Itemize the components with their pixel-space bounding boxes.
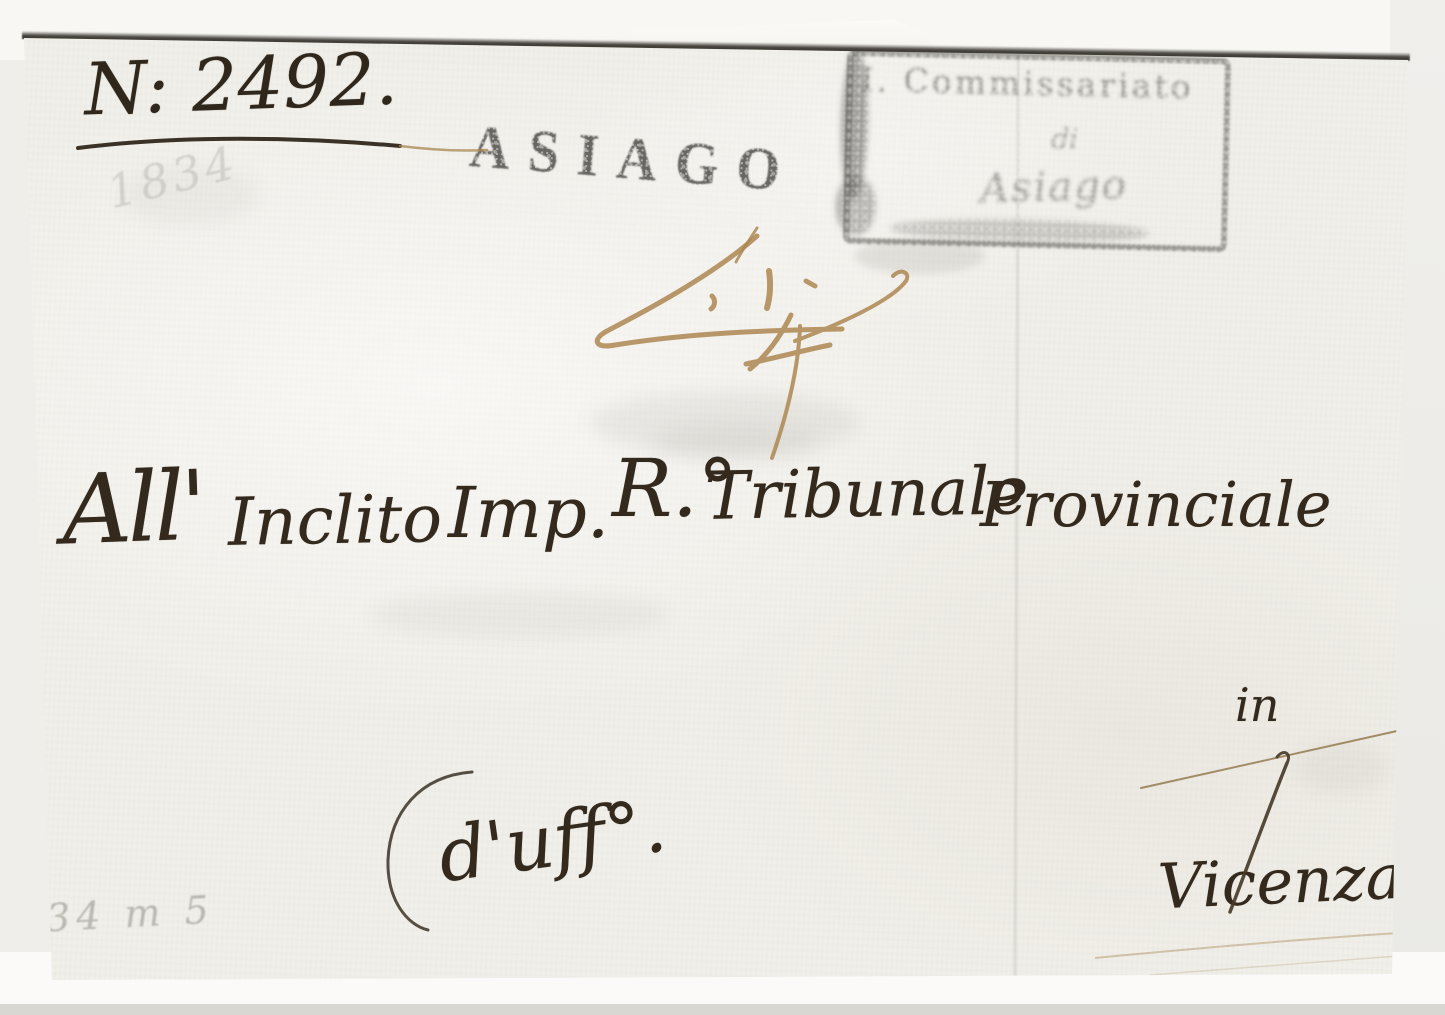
destination-city: Vicenza (1157, 840, 1404, 924)
showthrough-smudge (370, 592, 670, 638)
address-word: All' (60, 450, 205, 567)
docket-underline (78, 139, 487, 151)
cachet-grunge-texture (839, 46, 1235, 257)
boxed-cachet: I. Commissariato di Asiago (843, 50, 1231, 253)
letter-cover: N: 2492. 1834 34 m 5 ASIAGO I. Commissar… (0, 0, 1445, 1015)
pencil-catalog-note: 34 m 5 (45, 888, 216, 941)
postmark-grunge-texture (465, 114, 822, 241)
docket-number: N: 2492. (83, 37, 399, 132)
address-word: Inclito (227, 480, 442, 561)
scanned-letter-scene: N: 2492. 1834 34 m 5 ASIAGO I. Commissar… (0, 0, 1445, 1015)
address-word: Imp. (448, 472, 609, 554)
service-note: d'uff°. (433, 783, 671, 900)
asiago-postmark: ASIAGO (465, 114, 822, 241)
scan-background-strip (0, 1004, 1445, 1015)
address-preposition: in (1235, 678, 1279, 732)
paper-crease (1095, 933, 1398, 958)
paper-crease (1150, 956, 1398, 975)
address-word: Provinciale (980, 468, 1332, 541)
showthrough-smudge (1295, 742, 1390, 794)
